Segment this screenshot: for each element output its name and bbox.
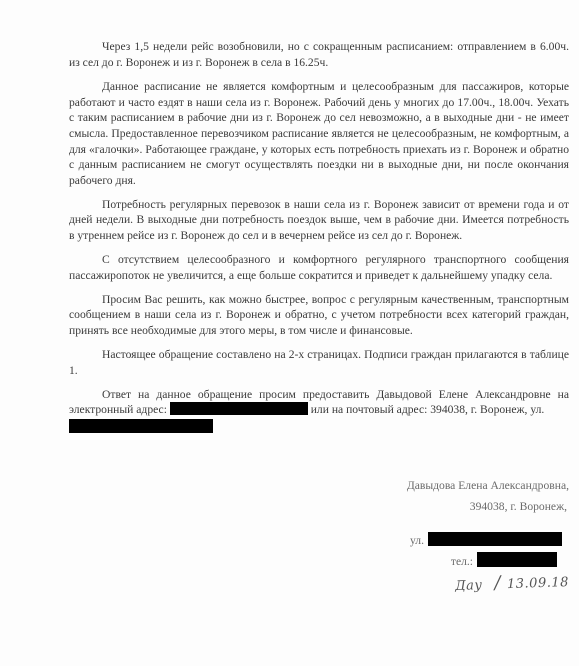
sender-phone: тел.: — [451, 552, 557, 569]
paragraph-consequences: С отсутствием целесообразного и комфортн… — [69, 252, 569, 283]
street-label: ул. — [410, 534, 424, 547]
document-page: Через 1,5 недели рейс возобновили, но с … — [0, 0, 579, 666]
paragraph-reply-address: Ответ на данное обращение просим предост… — [69, 387, 569, 433]
paragraph-pages-note: Настоящее обращение составлено на 2-х ст… — [69, 347, 569, 378]
handwritten-date: 13.09.18 — [507, 575, 569, 592]
tel-label: тел.: — [451, 555, 473, 568]
paragraph-request: Просим Вас решить, как можно быстрее, во… — [69, 292, 569, 339]
reply-text-after-email: или на почтовый адрес: 394038, г. Вороне… — [308, 403, 544, 416]
paragraph-schedule-inconvenient: Данное расписание не является комфортным… — [69, 79, 569, 188]
letter-body: Через 1,5 недели рейс возобновили, но с … — [69, 39, 569, 441]
redacted-street-address — [69, 419, 213, 433]
sender-street: ул. — [410, 532, 562, 548]
redacted-sender-street — [428, 532, 562, 546]
handwritten-signature-date: Дау/13.09.18 — [455, 570, 570, 595]
sender-city: 394038, г. Воронеж, — [470, 499, 567, 514]
sender-name: Давыдова Елена Александровна, — [407, 478, 569, 493]
redacted-email — [170, 402, 308, 415]
handwritten-signature: Дау — [455, 578, 483, 594]
paragraph-demand: Потребность регулярных перевозок в наши … — [69, 197, 569, 244]
redacted-sender-phone — [477, 552, 557, 567]
paragraph-schedule-resumed: Через 1,5 недели рейс возобновили, но с … — [69, 39, 569, 70]
separator-slash: / — [494, 572, 501, 593]
